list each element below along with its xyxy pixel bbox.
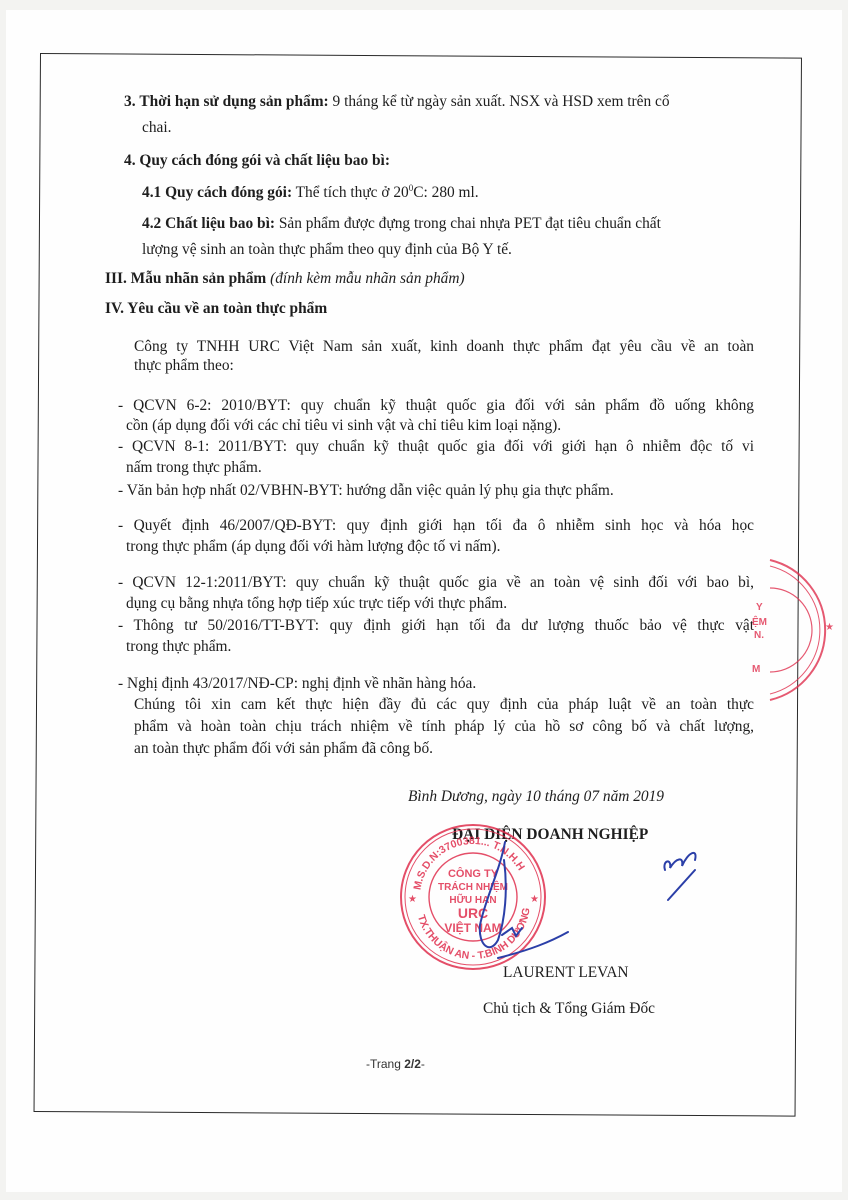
regulation-item: - QCVN 8-1: 2011/BYT: quy chuẩn kỹ thuật… (118, 438, 754, 456)
svg-text:★: ★ (825, 622, 834, 633)
section-4-title: Quy cách đóng gói và chất liệu bao bì: (139, 152, 390, 169)
section-4-1: 4.1 Quy cách đóng gói: Thể tích thực ở 2… (142, 183, 479, 202)
regulation-item: - Quyết định 46/2007/QĐ-BYT: quy định gi… (118, 517, 754, 535)
place-date: Bình Dương, ngày 10 tháng 07 năm 2019 (408, 788, 664, 806)
document-body: 3. Thời hạn sử dụng sản phẩm: 9 tháng kể… (0, 0, 848, 1200)
section-IV-intro-line2: thực phẩm theo: (134, 357, 234, 375)
regulation-item-cont: trong thực phẩm. (126, 638, 231, 656)
regulation-item: - QCVN 12-1:2011/BYT: quy chuẩn kỹ thuật… (118, 574, 754, 592)
svg-text:N.: N. (754, 630, 764, 641)
section-IV-intro-line1: Công ty TNHH URC Việt Nam sản xuất, kinh… (134, 338, 754, 356)
regulation-item: - Nghị định 43/2017/NĐ-CP: nghị định về … (118, 675, 476, 693)
svg-text:★: ★ (408, 894, 417, 905)
regulation-item: - Thông tư 50/2016/TT-BYT: quy định giới… (118, 617, 754, 635)
section-3-number: 3. (124, 93, 136, 110)
section-4-1-title: 4.1 Quy cách đóng gói: (142, 184, 292, 201)
commitment-line2: phẩm và hoàn toàn chịu trách nhiệm về tí… (134, 718, 754, 736)
section-III-title: III. Mẫu nhãn sản phẩm (105, 270, 266, 287)
section-3-line2: chai. (142, 119, 171, 137)
regulation-item-cont: nấm trong thực phẩm. (126, 459, 262, 477)
section-III: III. Mẫu nhãn sản phẩm (đính kèm mẫu nhã… (105, 270, 465, 288)
section-3-title: Thời hạn sử dụng sản phẩm: (139, 93, 328, 110)
svg-text:ỆM: ỆM (752, 615, 767, 628)
section-4-heading: 4. Quy cách đóng gói và chất liệu bao bì… (124, 152, 390, 170)
page-footer: -Trang 2/2- (366, 1057, 425, 1071)
footer-suffix: - (421, 1057, 425, 1071)
section-4-1-text: Thể tích thực ở 20 (296, 184, 409, 201)
section-IV-title: IV. Yêu cầu về an toàn thực phẩm (105, 300, 327, 318)
section-4-2-line2: lượng vệ sinh an toàn thực phẩm theo quy… (142, 241, 512, 259)
section-4-2-title: 4.2 Chất liệu bao bì: (142, 215, 275, 232)
footer-prefix: -Trang (366, 1057, 404, 1071)
section-4-2-text: Sản phẩm được đựng trong chai nhựa PET đ… (279, 215, 661, 232)
svg-text:Y: Y (756, 602, 763, 613)
section-3-line1: 3. Thời hạn sử dụng sản phẩm: 9 tháng kể… (124, 93, 670, 111)
regulation-item: - Văn bản hợp nhất 02/VBHN-BYT: hướng dẫ… (118, 482, 614, 500)
regulation-item-cont: cồn (áp dụng đối với các chỉ tiêu vi sin… (126, 417, 561, 435)
svg-text:M: M (752, 664, 760, 675)
signatory-title: Chủ tịch & Tổng Giám Đốc (483, 1000, 655, 1018)
section-4-2-line1: 4.2 Chất liệu bao bì: Sản phẩm được đựng… (142, 215, 661, 233)
commitment-line1: Chúng tôi xin cam kết thực hiện đầy đủ c… (134, 696, 754, 714)
commitment-line3: an toàn thực phẩm đối với sản phẩm đã cô… (134, 740, 433, 758)
partial-stamp-margin: Y ỆM N. M ★ (730, 550, 848, 710)
handwritten-signature (450, 830, 730, 970)
page-number: 2/2 (404, 1057, 421, 1071)
regulation-item: - QCVN 6-2: 2010/BYT: quy chuẩn kỹ thuật… (118, 397, 754, 415)
section-4-number: 4. (124, 152, 136, 169)
regulation-item-cont: trong thực phẩm (áp dụng đối với hàm lượ… (126, 538, 501, 556)
regulation-item-cont: dụng cụ bằng nhựa tổng hợp tiếp xúc trực… (126, 595, 507, 613)
section-III-note: (đính kèm mẫu nhãn sản phẩm) (270, 270, 465, 287)
section-4-1-text-end: C: 280 ml. (413, 184, 478, 201)
section-3-text: 9 tháng kể từ ngày sản xuất. NSX và HSD … (333, 93, 670, 110)
